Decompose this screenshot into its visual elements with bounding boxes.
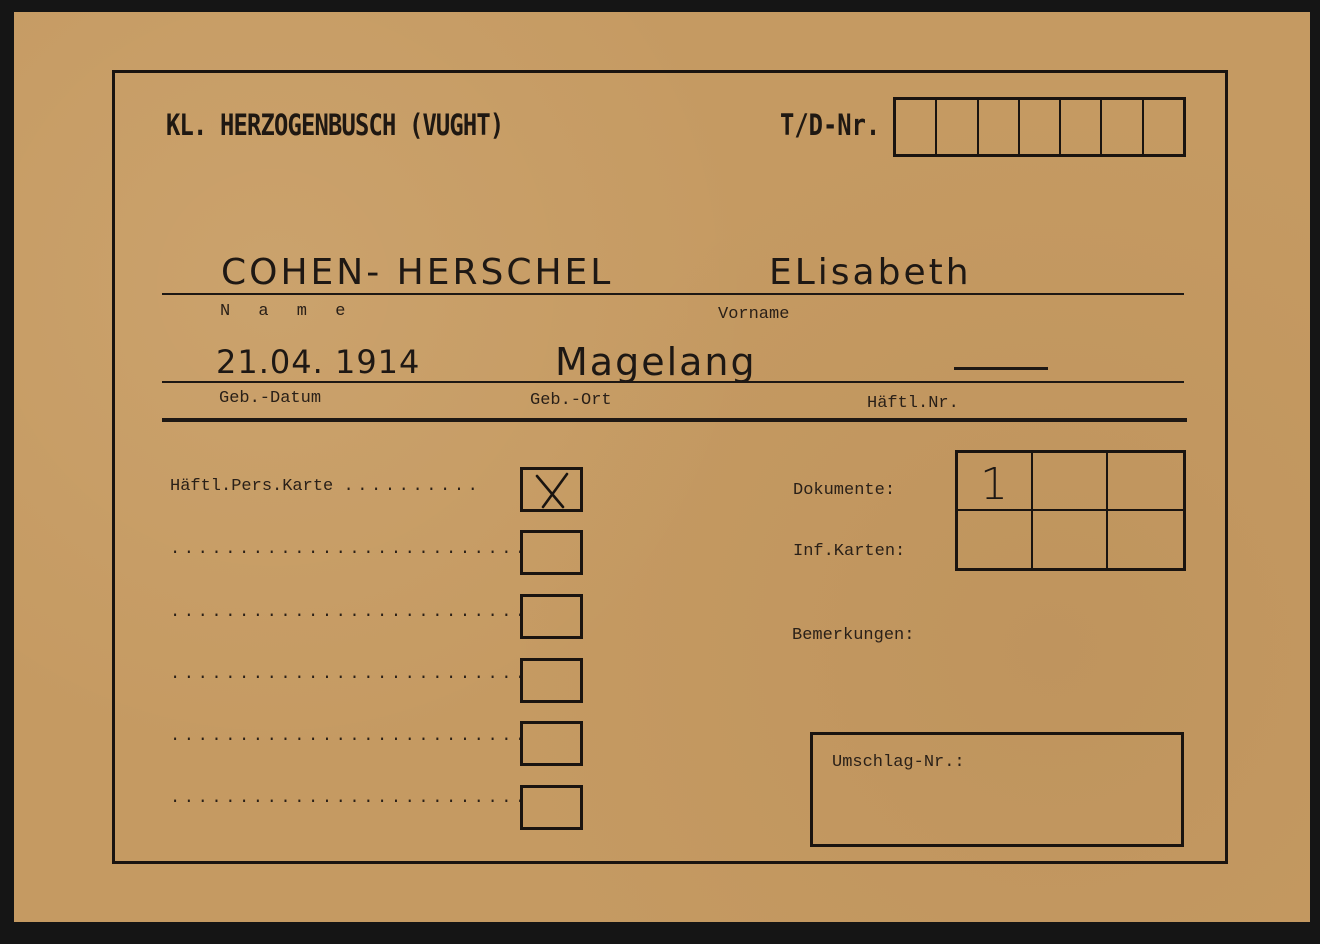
name-value[interactable]: COHEN- HERSCHEL [221, 252, 613, 293]
geb-ort-label: Geb.-Ort [530, 391, 612, 410]
geb-ort-value[interactable]: Magelang [555, 340, 757, 384]
checkbox-haeftl-pers-karte[interactable] [520, 467, 583, 512]
umschlag-label: Umschlag-Nr.: [832, 753, 965, 772]
checkbox-blank[interactable] [520, 594, 583, 639]
section-divider [162, 418, 1187, 422]
bemerkungen-label: Bemerkungen: [792, 626, 914, 645]
haeftl-nr-dash [954, 367, 1048, 370]
camp-title: KL. HERZOGENBUSCH (VUGHT) [166, 108, 503, 142]
dokumente-count: 1 [980, 459, 1008, 510]
birth-underline [162, 381, 1184, 383]
dot-leader: .......................... [170, 789, 529, 808]
inf-karten-label: Inf.Karten: [793, 542, 905, 561]
td-number-cell[interactable] [937, 100, 978, 154]
td-number-cell[interactable] [1144, 100, 1183, 154]
checklist-item-label: Häftl.Pers.Karte [170, 477, 333, 496]
dot-leader: .......................... [170, 540, 529, 559]
umschlag-box[interactable]: Umschlag-Nr.: [810, 732, 1184, 847]
x-mark-icon [523, 470, 580, 509]
td-number-boxes [893, 97, 1186, 157]
td-number-cell[interactable] [1061, 100, 1102, 154]
dot-leader: .......................... [170, 603, 529, 622]
dokumente-cell[interactable] [1033, 453, 1108, 511]
td-number-cell[interactable] [979, 100, 1020, 154]
archive-index-card: KL. HERZOGENBUSCH (VUGHT) T/D-Nr. COHEN-… [14, 12, 1310, 922]
counts-grid: 1 [955, 450, 1186, 571]
checkbox-blank[interactable] [520, 785, 583, 830]
td-number-cell[interactable] [896, 100, 937, 154]
inf-karten-cell[interactable] [958, 511, 1033, 569]
bemerkungen-field[interactable] [792, 652, 1182, 712]
td-number-cell[interactable] [1020, 100, 1061, 154]
inf-karten-cell[interactable] [1108, 511, 1183, 569]
checkbox-blank[interactable] [520, 658, 583, 703]
vorname-label: Vorname [718, 305, 789, 324]
inf-karten-cell[interactable] [1033, 511, 1108, 569]
td-number-label: T/D-Nr. [780, 108, 880, 142]
haeftl-nr-label: Häftl.Nr. [867, 394, 959, 413]
geb-datum-value[interactable]: 21.04. 1914 [216, 343, 420, 381]
dokumente-cell[interactable]: 1 [958, 453, 1033, 511]
checklist-row-label: Häftl.Pers.Karte .......... [170, 477, 481, 496]
td-number-cell[interactable] [1102, 100, 1143, 154]
dokumente-cell[interactable] [1108, 453, 1183, 511]
dokumente-label: Dokumente: [793, 481, 895, 500]
dot-leader: .......................... [170, 665, 529, 684]
vorname-value[interactable]: ELisabeth [769, 252, 972, 293]
name-label: N a m e [220, 302, 354, 321]
dot-leader: .......................... [170, 727, 529, 746]
geb-datum-label: Geb.-Datum [219, 389, 321, 408]
checkbox-blank[interactable] [520, 721, 583, 766]
checkbox-blank[interactable] [520, 530, 583, 575]
name-underline [162, 293, 1184, 295]
dot-leader: .......... [343, 477, 481, 496]
